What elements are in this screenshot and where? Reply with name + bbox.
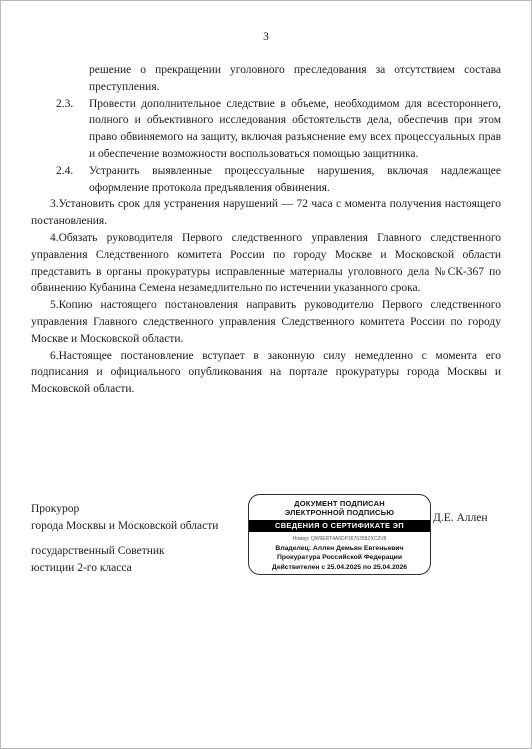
document-body: решение о прекращении уголовного преслед… [1, 62, 531, 398]
list-item-2-3: 2.3. Провести дополнительное следствие в… [31, 96, 501, 163]
signer-rank-line2: юстиции 2-го класса [31, 560, 218, 577]
list-item-2-4: 2.4. Устранить выявленные процессуальные… [31, 163, 501, 197]
signer-name: Д.Е. Аллен [433, 510, 488, 527]
stamp-certificate-number: Номер: QW9ERT4A6DP3676358ZXC2V8 [249, 536, 430, 542]
stamp-validity: Действителен с 25.04.2025 по 25.04.2026 [249, 563, 430, 573]
list-item-number: 2.3. [56, 96, 89, 163]
list-item-text: Устранить выявленные процессуальные нару… [89, 163, 501, 197]
spacer [31, 535, 218, 543]
paragraph-3: 3.Установить срок для устранения нарушен… [31, 196, 501, 230]
stamp-title-line2: ЭЛЕКТРОННОЙ ПОДПИСЬЮ [249, 508, 430, 517]
digital-signature-stamp: ДОКУМЕНТ ПОДПИСАН ЭЛЕКТРОННОЙ ПОДПИСЬЮ С… [248, 494, 431, 575]
page-number: 3 [1, 1, 531, 43]
list-item-number: 2.4. [56, 163, 89, 197]
paragraph-5: 5.Копию настоящего постановления направи… [31, 297, 501, 347]
document-page: 3 решение о прекращении уголовного пресл… [0, 0, 532, 749]
paragraph-6: 6.Настоящее постановление вступает в зак… [31, 348, 501, 398]
stamp-title: ДОКУМЕНТ ПОДПИСАН ЭЛЕКТРОННОЙ ПОДПИСЬЮ [249, 495, 430, 517]
signer-rank-line1: государственный Советник [31, 543, 218, 560]
signer-titles: Прокурор города Москвы и Московской обла… [31, 501, 218, 577]
signer-role-line2: города Москвы и Московской области [31, 518, 218, 535]
list-item-text: Провести дополнительное следствие в объе… [89, 96, 501, 163]
stamp-title-line1: ДОКУМЕНТ ПОДПИСАН [249, 499, 430, 508]
paragraph-4: 4.Обязать руководителя Первого следствен… [31, 230, 501, 297]
stamp-details: Владелец: Аллен Демьян Евгеньевич Прокур… [249, 544, 430, 573]
signer-role-line1: Прокурор [31, 501, 218, 518]
signature-block: Прокурор города Москвы и Московской обла… [1, 491, 531, 721]
stamp-owner: Владелец: Аллен Демьян Евгеньевич [249, 544, 430, 554]
stamp-organization: Прокуратура Российской Федерации [249, 553, 430, 563]
stamp-certificate-bar: СВЕДЕНИЯ О СЕРТИФИКАТЕ ЭП [249, 520, 430, 532]
paragraph-continuation: решение о прекращении уголовного преслед… [89, 62, 501, 96]
